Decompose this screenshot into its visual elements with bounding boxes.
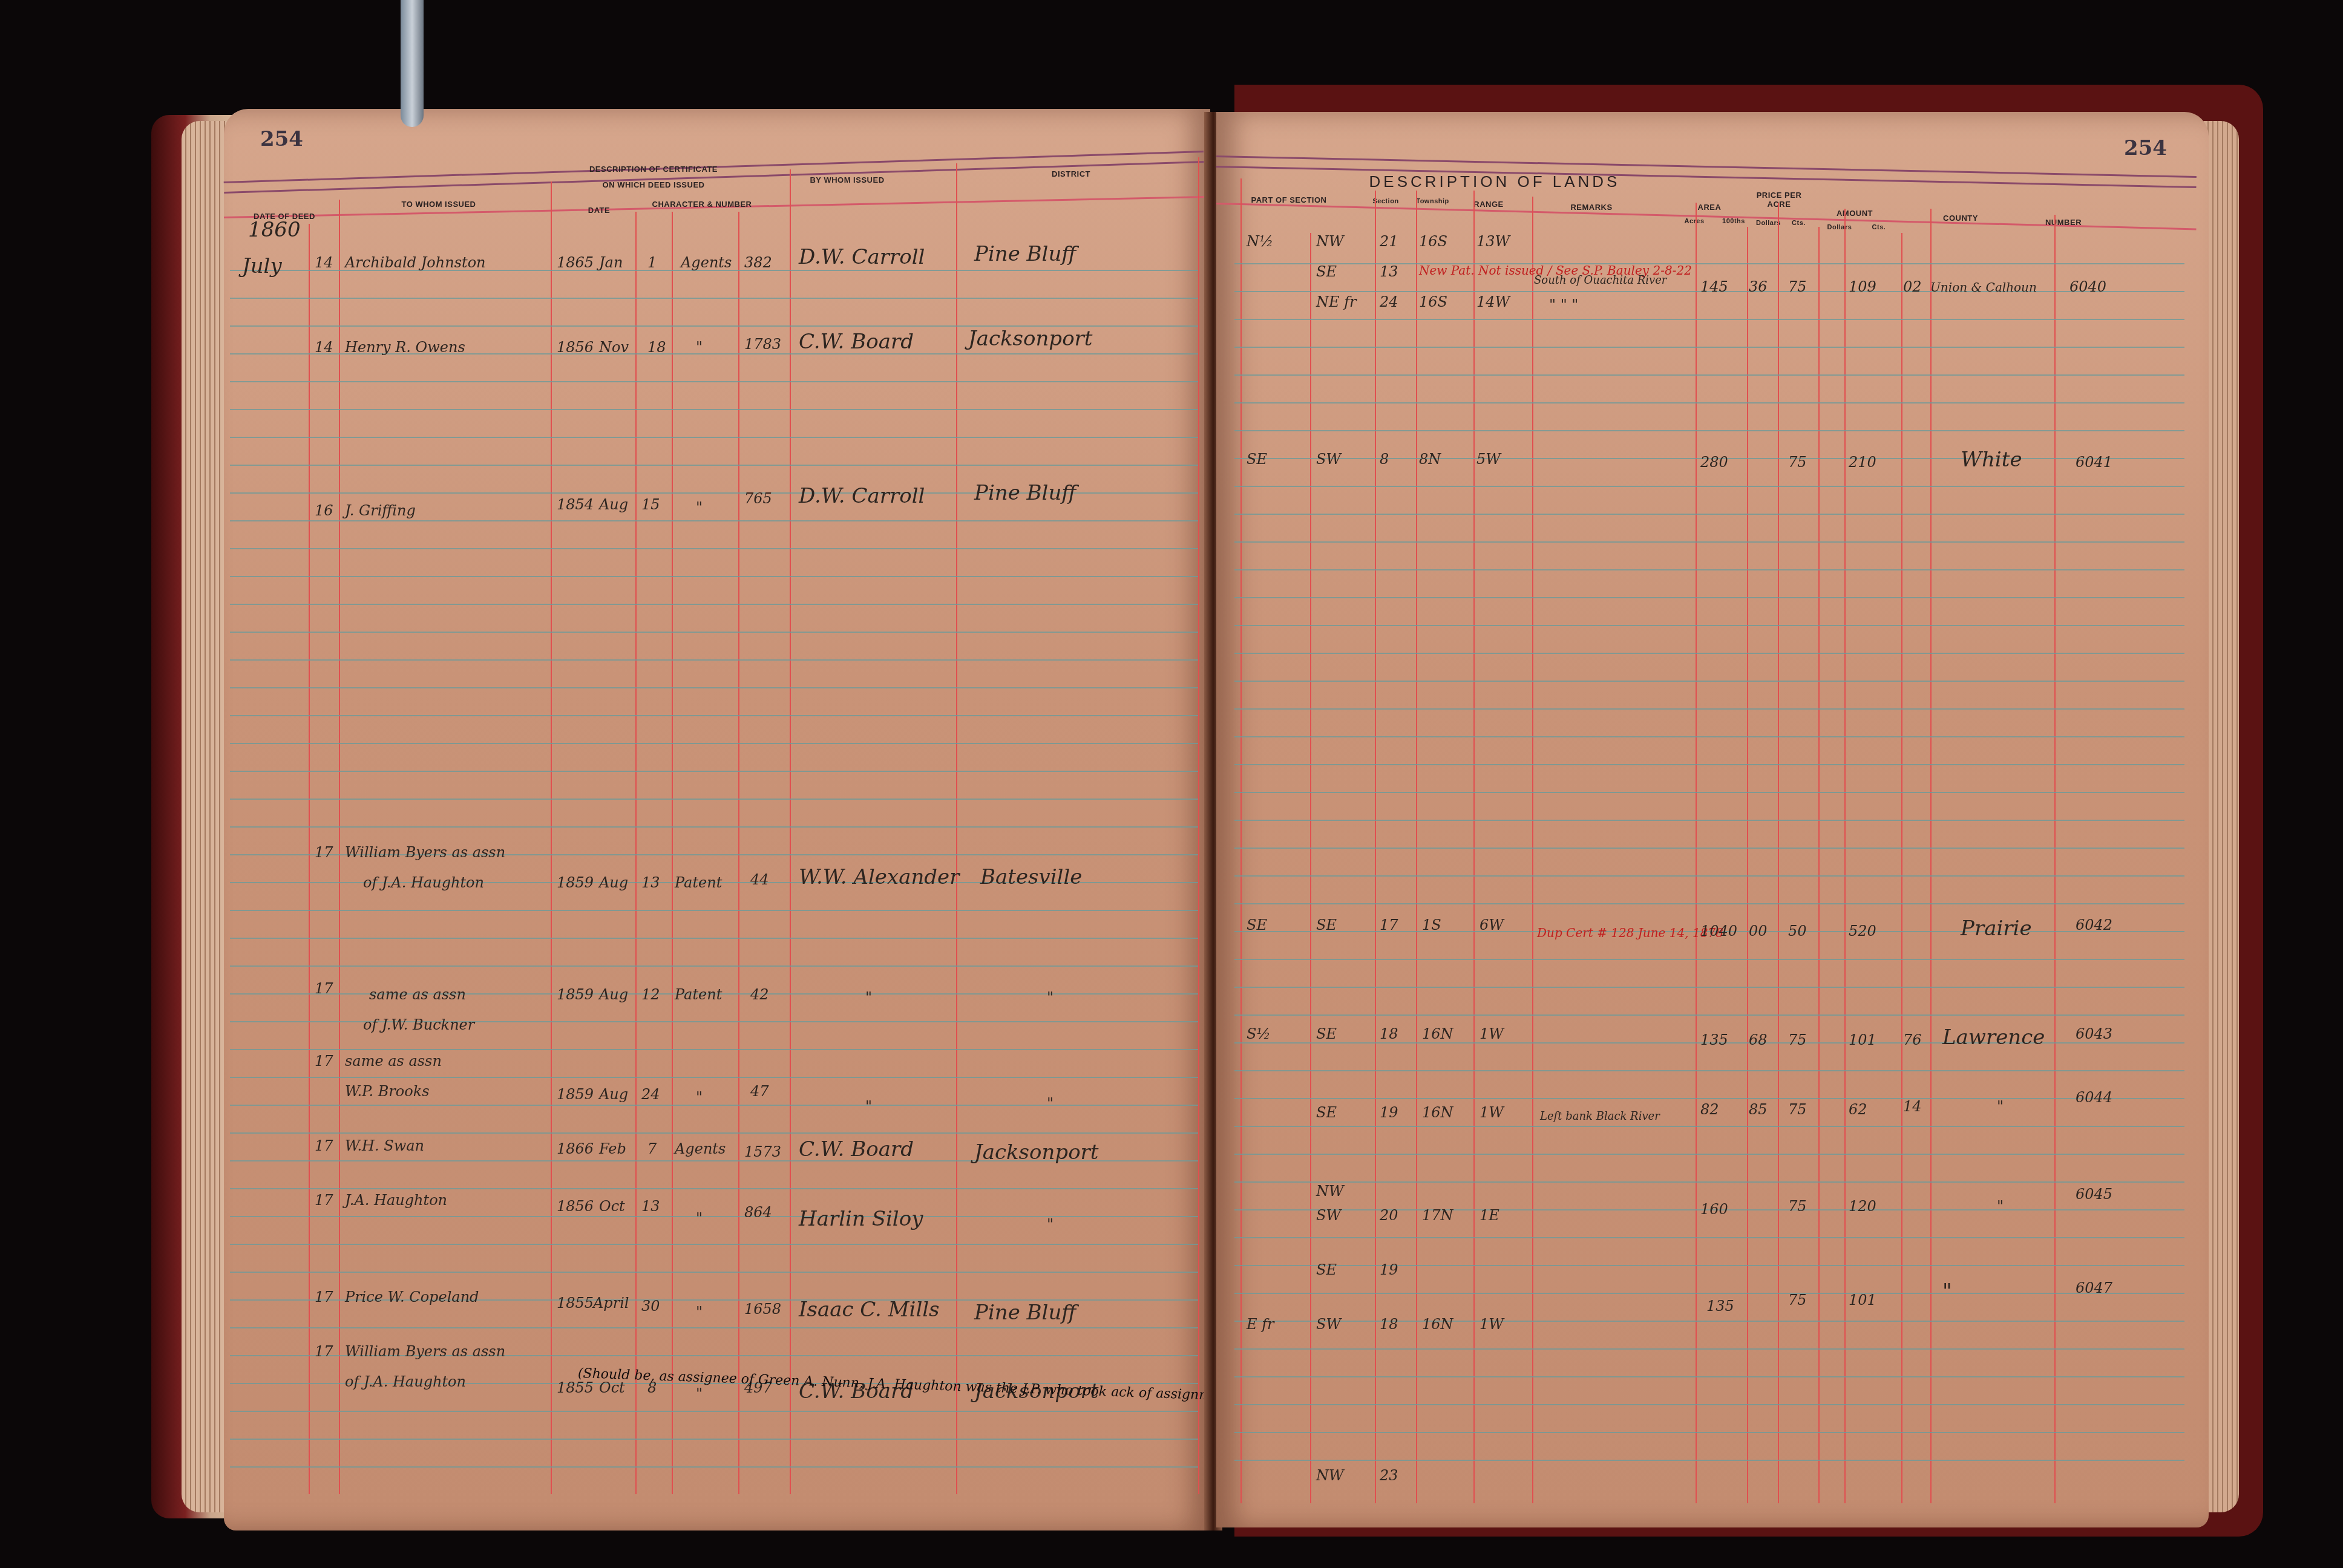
header-amount: AMOUNT <box>1815 209 1894 218</box>
entry-name: J. Griffing <box>345 502 416 519</box>
acres: 1040 <box>1700 923 1737 939</box>
header-remarks: REMARKS <box>1531 203 1652 212</box>
entry-character: " <box>696 1385 703 1402</box>
col-divider <box>635 212 637 1494</box>
entry-cert-year: 1865 <box>557 254 594 271</box>
quarter: SW <box>1316 1207 1341 1224</box>
entry-character: Agents <box>681 254 732 271</box>
section: 19 <box>1380 1261 1398 1278</box>
entry-day: 16 <box>315 502 333 519</box>
township: 16N <box>1422 1104 1453 1121</box>
header-hundredths: 100ths <box>1719 218 1749 225</box>
amount-cents: 14 <box>1903 1098 1922 1115</box>
entry-cert-month: Aug <box>599 496 628 513</box>
col-divider <box>1240 178 1242 1503</box>
remarks: " " " <box>1549 296 1578 313</box>
hundredths: 68 <box>1749 1031 1768 1048</box>
header-district: DISTRICT <box>1011 169 1132 178</box>
col-divider <box>1310 233 1311 1503</box>
acres: 135 <box>1700 1031 1728 1048</box>
entry-district: Jacksonport <box>968 327 1093 351</box>
county: Lawrence <box>1942 1025 2045 1050</box>
entry-issued-by: C.W. Board <box>799 330 914 354</box>
header-cert-date: DATE <box>563 206 635 215</box>
hundredths: 85 <box>1749 1101 1768 1118</box>
entry-issued-by: " <box>865 1098 872 1115</box>
quarter: NW <box>1316 1183 1344 1200</box>
township: 17N <box>1422 1207 1453 1224</box>
col-divider <box>738 212 739 1494</box>
col-divider <box>551 181 552 1494</box>
entry-cert-day: 13 <box>641 1198 660 1215</box>
entry-number: 1783 <box>744 336 781 353</box>
entry-issued-by: W.W. Alexander <box>799 865 959 889</box>
col-divider <box>790 169 791 1494</box>
acres: 145 <box>1700 278 1728 295</box>
entry-character: " <box>696 339 703 356</box>
header-cert-character: CHARACTER & NUMBER <box>647 200 756 209</box>
price-cents: 75 <box>1788 1101 1807 1118</box>
quarter: NW <box>1316 233 1344 250</box>
col-divider <box>1416 191 1417 1503</box>
price-cents: 75 <box>1788 1031 1807 1048</box>
entry-day: 17 <box>315 980 333 997</box>
entry-character: " <box>696 1210 703 1227</box>
entry-name-line2: W.P. Brooks <box>345 1083 430 1100</box>
part-of-section: E fr <box>1247 1316 1274 1333</box>
entry-name-line2: of J.A. Haughton <box>363 874 484 891</box>
entry-cert-year: 1856 <box>557 1198 594 1215</box>
amount-dollars: 520 <box>1849 923 1876 939</box>
county: " <box>1997 1198 2004 1215</box>
part-of-section: SE <box>1247 916 1267 933</box>
hundredths: 00 <box>1749 923 1768 939</box>
entry-district: Pine Bluff <box>974 481 1076 505</box>
number: 6045 <box>2076 1186 2112 1203</box>
entry-name: William Byers as assn <box>345 1343 505 1360</box>
left-page: 254 DATE OF DEED TO WHOM ISSUED DESCRIPT… <box>224 109 1210 1530</box>
entry-character: Agents <box>675 1140 726 1157</box>
entry-name-line2: of J.W. Buckner <box>363 1016 474 1033</box>
section: 18 <box>1380 1316 1398 1333</box>
red-remark: Dup Cert # 128 June 14, 1878 <box>1537 926 1723 940</box>
entry-number: 765 <box>744 490 772 507</box>
entry-character: Patent <box>675 986 722 1003</box>
header-township: Township <box>1407 198 1458 205</box>
county: " <box>1997 1098 2004 1115</box>
section: 20 <box>1380 1207 1398 1224</box>
county: Union & Calhoun <box>1930 280 2037 295</box>
header-price-dollars: Dollars <box>1752 220 1785 227</box>
number: 6041 <box>2076 454 2112 471</box>
entry-issued-by: C.W. Board <box>799 1137 914 1161</box>
amount-dollars: 62 <box>1849 1101 1867 1118</box>
entry-day: 14 <box>315 254 333 271</box>
header-range: RANGE <box>1461 200 1516 209</box>
range: 1W <box>1480 1104 1504 1121</box>
entry-cert-year: 1859 <box>557 1086 594 1103</box>
county: White <box>1961 448 2022 472</box>
entry-day: 17 <box>315 1289 333 1305</box>
quarter: SE <box>1316 1261 1337 1278</box>
county: " <box>1942 1279 1952 1304</box>
township: 16N <box>1422 1025 1453 1042</box>
section: 24 <box>1380 293 1398 310</box>
entry-cert-day: 24 <box>641 1086 660 1103</box>
entry-district: Batesville <box>980 865 1082 889</box>
amount-dollars: 210 <box>1849 454 1876 471</box>
entry-name: Price W. Copeland <box>345 1289 479 1305</box>
number: 6047 <box>2076 1279 2112 1296</box>
remarks: South of Ouachita River <box>1534 274 1666 287</box>
entry-cert-year: 1859 <box>557 986 594 1003</box>
entry-district: Jacksonport <box>974 1140 1099 1165</box>
header-by-whom-issued: BY WHOM ISSUED <box>787 175 908 185</box>
entry-district: " <box>1047 1216 1054 1233</box>
entry-cert-month: Aug <box>599 986 628 1003</box>
col-divider <box>1375 191 1376 1503</box>
entry-day: 14 <box>315 339 333 356</box>
header-certificate-sub: ON WHICH DEED ISSUED <box>563 180 744 189</box>
col-divider <box>956 163 957 1494</box>
number: 6040 <box>2069 278 2106 295</box>
section: 18 <box>1380 1025 1398 1042</box>
header-price-per-acre: PRICE PER ACRE <box>1749 191 1809 209</box>
quarter: NE fr <box>1316 293 1357 310</box>
header-price-cents: Cts. <box>1788 220 1809 227</box>
entry-issued-by: D.W. Carroll <box>799 484 925 508</box>
section: 19 <box>1380 1104 1398 1121</box>
col-divider <box>309 224 310 1494</box>
entry-cert-year: 1855 <box>557 1295 594 1312</box>
price-cents: 50 <box>1788 923 1807 939</box>
range: 6W <box>1480 916 1504 933</box>
entry-cert-year: 1866 <box>557 1140 594 1157</box>
price-cents: 75 <box>1788 1292 1807 1308</box>
header-section: Section <box>1368 198 1404 205</box>
quarter: SW <box>1316 1316 1341 1333</box>
entry-day: 17 <box>315 1053 333 1070</box>
entry-number: 1573 <box>744 1143 781 1160</box>
entry-issued-by: " <box>865 989 872 1006</box>
entry-number: 382 <box>744 254 772 271</box>
price-cents: 75 <box>1788 278 1807 295</box>
entry-name: same as assn <box>345 1053 442 1070</box>
remarks: Left bank Black River <box>1540 1110 1660 1123</box>
entry-day: 17 <box>315 1343 333 1360</box>
part-of-section: S½ <box>1247 1025 1271 1042</box>
range: 1W <box>1480 1025 1504 1042</box>
range: 13W <box>1476 233 1510 250</box>
entry-issued-by: D.W. Carroll <box>799 245 925 269</box>
price-cents: 75 <box>1788 454 1807 471</box>
township: 8N <box>1419 451 1441 468</box>
price-cents: 75 <box>1788 1198 1807 1215</box>
range: 1E <box>1480 1207 1499 1224</box>
entry-district: " <box>1047 989 1054 1006</box>
entry-name: William Byers as assn <box>345 844 505 861</box>
amount-cents: 76 <box>1903 1031 1922 1048</box>
col-divider <box>2054 215 2056 1503</box>
township: 1S <box>1422 916 1441 933</box>
entry-cert-day: 13 <box>641 874 660 891</box>
part-of-section: N½ <box>1247 233 1273 250</box>
entry-cert-month: Jan <box>599 254 623 271</box>
entry-cert-month: Aug <box>599 874 628 891</box>
header-acres: Acres <box>1673 218 1715 225</box>
entry-number: 44 <box>750 871 769 888</box>
header-certificate-group: DESCRIPTION OF CERTIFICATE <box>563 165 744 174</box>
header-number: NUMBER <box>2021 218 2106 227</box>
col-divider <box>1778 203 1779 1503</box>
page-edges-left <box>182 121 230 1512</box>
section: 23 <box>1380 1467 1398 1484</box>
entry-character: " <box>696 1304 703 1321</box>
quarter: SE <box>1316 1104 1337 1121</box>
entry-cert-day: 18 <box>647 339 666 356</box>
quarter: SE <box>1316 1025 1337 1042</box>
quarter: SW <box>1316 451 1341 468</box>
amount-cents: 02 <box>1903 278 1922 295</box>
entry-number: 47 <box>750 1083 769 1100</box>
hundredths: 36 <box>1749 278 1768 295</box>
township: 16S <box>1419 233 1447 250</box>
entry-name: J.A. Haughton <box>345 1192 447 1209</box>
quarter: NW <box>1316 1467 1344 1484</box>
entry-cert-month: April <box>593 1295 629 1312</box>
entry-cert-month: Oct <box>599 1198 625 1215</box>
col-divider <box>1901 233 1902 1503</box>
year-label: 1860 <box>248 218 301 242</box>
amount-dollars: 101 <box>1849 1292 1876 1308</box>
range: 1W <box>1480 1316 1504 1333</box>
header-amount-dollars: Dollars <box>1815 224 1864 231</box>
left-page-number: 254 <box>260 127 303 151</box>
section: 21 <box>1380 233 1398 250</box>
entry-cert-year: 1856 <box>557 339 594 356</box>
entry-character: " <box>696 499 703 516</box>
header-to-whom-issued: TO WHOM ISSUED <box>363 200 514 209</box>
entry-district: Pine Bluff <box>974 1301 1076 1325</box>
county: Prairie <box>1961 916 2032 941</box>
acres: 160 <box>1700 1201 1728 1218</box>
acres: 135 <box>1706 1298 1734 1315</box>
col-divider <box>1818 227 1820 1503</box>
range: 5W <box>1476 451 1501 468</box>
number: 6042 <box>2076 916 2112 933</box>
part-of-section: SE <box>1247 451 1267 468</box>
amount-dollars: 101 <box>1849 1031 1876 1048</box>
entry-cert-month: Nov <box>599 339 629 356</box>
entry-district: " <box>1047 1095 1054 1112</box>
entry-number: 42 <box>750 986 769 1003</box>
section: 13 <box>1380 263 1398 280</box>
header-amount-cents: Cts. <box>1867 224 1891 231</box>
col-divider <box>1198 157 1199 1494</box>
entry-cert-day: 1 <box>647 254 657 271</box>
entry-name: same as assn <box>369 986 466 1003</box>
col-divider <box>1473 191 1475 1503</box>
entry-day: 17 <box>315 1192 333 1209</box>
entry-cert-day: 30 <box>641 1298 660 1315</box>
col-divider <box>1696 203 1697 1503</box>
col-divider <box>1532 197 1533 1503</box>
entry-name-line2: of J.A. Haughton <box>345 1373 466 1390</box>
entry-month: July <box>242 254 282 278</box>
entry-day: 17 <box>315 1137 333 1154</box>
entry-issued-by: Harlin Siloy <box>799 1207 923 1231</box>
township: 16N <box>1422 1316 1453 1333</box>
entry-number: 864 <box>744 1204 772 1221</box>
entry-number: 1658 <box>744 1301 781 1318</box>
range: 14W <box>1476 293 1510 310</box>
entry-name: W.H. Swan <box>345 1137 424 1154</box>
amount-dollars: 109 <box>1849 278 1876 295</box>
metal-bookmark-clip <box>401 0 424 127</box>
entry-day: 17 <box>315 844 333 861</box>
entry-cert-day: 15 <box>641 496 660 513</box>
entry-cert-year: 1854 <box>557 496 594 513</box>
entry-cert-year: 1859 <box>557 874 594 891</box>
quarter: SE <box>1316 916 1337 933</box>
right-page: 254 DESCRIPTION OF LANDS PART OF SECTION… <box>1216 112 2209 1527</box>
col-divider <box>1747 227 1748 1503</box>
header-description-of-lands: DESCRIPTION OF LANDS <box>1362 172 1628 191</box>
col-divider <box>672 212 673 1494</box>
entry-cert-month: Feb <box>599 1140 626 1157</box>
number: 6043 <box>2076 1025 2112 1042</box>
entry-name: Archibald Johnston <box>345 254 486 271</box>
entry-name: Henry R. Owens <box>345 339 465 356</box>
entry-issued-by: Isaac C. Mills <box>799 1298 940 1322</box>
right-page-number: 254 <box>2124 136 2167 160</box>
entry-character: Patent <box>675 874 722 891</box>
entry-character: " <box>696 1089 703 1106</box>
section: 8 <box>1380 451 1389 468</box>
entry-cert-day: 12 <box>641 986 660 1003</box>
acres: 280 <box>1700 454 1728 471</box>
township: 16S <box>1419 293 1447 310</box>
number: 6044 <box>2076 1089 2112 1106</box>
entry-cert-month: Aug <box>599 1086 628 1103</box>
quarter: SE <box>1316 263 1337 280</box>
section: 17 <box>1380 916 1398 933</box>
entry-cert-year: 1855 <box>557 1379 594 1396</box>
entry-district: Pine Bluff <box>974 242 1076 266</box>
header-area: AREA <box>1670 203 1749 212</box>
entry-cert-day: 7 <box>647 1140 657 1157</box>
amount-dollars: 120 <box>1849 1198 1876 1215</box>
header-part-of-section: PART OF SECTION <box>1228 195 1349 204</box>
acres: 82 <box>1700 1101 1719 1118</box>
